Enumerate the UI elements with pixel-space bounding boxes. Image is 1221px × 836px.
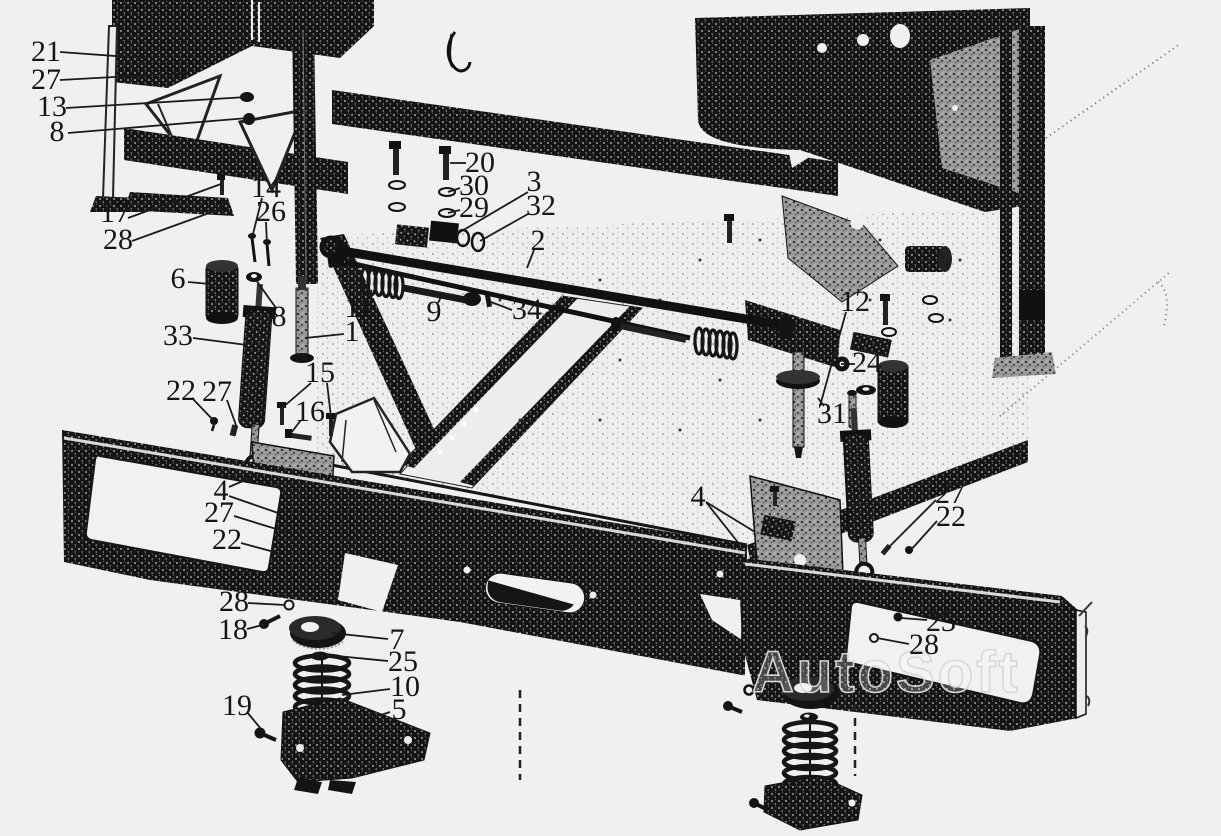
bracket-right bbox=[764, 776, 862, 830]
callout-34: 34 bbox=[512, 295, 542, 325]
bolt-23-target bbox=[894, 613, 903, 622]
callout-24: 24 bbox=[852, 348, 882, 378]
spring-assembly-left bbox=[255, 601, 521, 795]
washer-29-target bbox=[439, 209, 455, 217]
mount-rod-1-right bbox=[793, 352, 804, 447]
callout-8: 8 bbox=[50, 117, 65, 147]
callout-22: 22 bbox=[166, 376, 196, 406]
ring-28-bottom-target bbox=[285, 601, 294, 610]
leader-line-33 bbox=[193, 338, 247, 345]
diagram-canvas: AutoSoft bbox=[0, 0, 1221, 836]
callout-32: 32 bbox=[526, 191, 556, 221]
leader-line-28 bbox=[248, 603, 285, 605]
callout-9: 9 bbox=[427, 297, 442, 327]
leader-line-28 bbox=[132, 208, 223, 241]
stabilizer-clamp bbox=[395, 224, 429, 247]
callout-18: 18 bbox=[218, 615, 248, 645]
callout-27: 27 bbox=[202, 377, 232, 407]
callout-28: 28 bbox=[103, 225, 133, 255]
pin-26-target bbox=[267, 244, 269, 266]
cab-floor-structure bbox=[90, 0, 374, 216]
callout-29: 29 bbox=[459, 193, 489, 223]
leader-line-10 bbox=[342, 689, 390, 695]
parts-diagram: AutoSoft 2127138172814266833111934203029… bbox=[0, 0, 1221, 836]
vertical-channel-post bbox=[292, 24, 318, 284]
callout-5: 5 bbox=[392, 695, 407, 725]
callout-33: 33 bbox=[163, 321, 193, 351]
callout-6: 6 bbox=[171, 264, 186, 294]
bolt-16-target bbox=[285, 429, 292, 438]
wire-hook bbox=[448, 32, 470, 71]
mount-rod-1-left bbox=[296, 288, 308, 356]
callout-19: 19 bbox=[222, 691, 252, 721]
support-strut bbox=[103, 26, 117, 198]
callout-8: 8 bbox=[272, 302, 287, 332]
coil-spring-right bbox=[695, 328, 737, 359]
pin-14-target bbox=[252, 238, 255, 262]
leader-line-22 bbox=[910, 521, 937, 551]
bolt-17-target bbox=[217, 174, 225, 180]
watermark: AutoSoft bbox=[752, 640, 1021, 705]
callout-12: 12 bbox=[840, 287, 870, 317]
bolt-20-target bbox=[439, 146, 451, 154]
callout-26: 26 bbox=[256, 197, 286, 227]
callout-16: 16 bbox=[295, 397, 325, 427]
ghost-outline-upper bbox=[1046, 44, 1180, 138]
mount-foot-plate bbox=[124, 192, 234, 216]
callout-4: 4 bbox=[691, 482, 706, 512]
callout-28: 28 bbox=[909, 630, 939, 660]
callout-15: 15 bbox=[305, 358, 335, 388]
callout-2: 2 bbox=[531, 226, 546, 256]
callout-31: 31 bbox=[817, 399, 847, 429]
callout-22: 22 bbox=[212, 525, 242, 555]
callout-11: 11 bbox=[345, 293, 374, 323]
cushion-7 bbox=[289, 616, 346, 649]
rubber-cushion-6 bbox=[206, 266, 238, 318]
right-pillar bbox=[992, 24, 1180, 416]
rubber-cushion-right bbox=[878, 366, 908, 422]
washer-30-target bbox=[439, 188, 455, 196]
callout-22: 22 bbox=[936, 502, 966, 532]
